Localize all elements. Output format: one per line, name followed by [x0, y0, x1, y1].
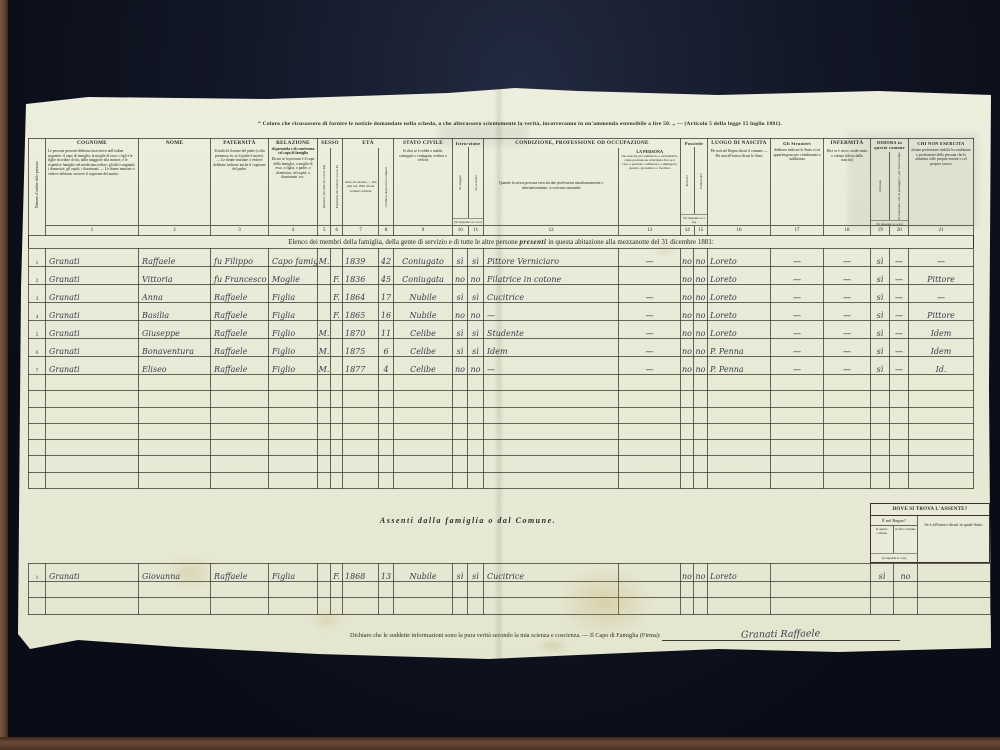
- cell-stato: Celibe: [394, 357, 453, 375]
- cell-chi: —: [909, 249, 974, 267]
- cell-anni: 45: [379, 267, 394, 285]
- header-eta: ETÀ Anno di nascita — Pei nati nel 1881 …: [343, 139, 394, 236]
- cell-cond: Idem: [484, 339, 619, 357]
- empty-cell: [46, 375, 139, 391]
- cell-leg: sì: [453, 564, 468, 582]
- cell-paternita: fu Filippo: [211, 249, 269, 267]
- empty-cell: [909, 423, 974, 439]
- empty-cell: [379, 582, 394, 598]
- empty-cell: [708, 375, 771, 391]
- header-paternita: PATERNITÀ Si indichi il nome del padre (…: [211, 139, 269, 236]
- cell-anno: 1865: [343, 303, 379, 321]
- empty-cell: [890, 423, 909, 439]
- empty-cell: [771, 423, 824, 439]
- empty-cell: [871, 598, 894, 614]
- cell-leg: sì: [453, 339, 468, 357]
- cell-luogo: Loreto: [708, 564, 771, 582]
- cell-cond: Cucitrice: [484, 285, 619, 303]
- cell-sm: [318, 285, 331, 303]
- empty-cell: [918, 598, 991, 614]
- cell-scr: sì: [468, 285, 484, 303]
- empty-cell: [29, 456, 46, 472]
- terreni-label: Terreni?: [681, 147, 694, 214]
- empty-cell: [394, 598, 453, 614]
- cell-fab: no: [694, 303, 708, 321]
- table-row: 2GranatiVittoriafu FrancescoMoglie F.183…: [29, 267, 974, 285]
- cell-scr: sì: [468, 564, 484, 582]
- cell-sm: [318, 267, 331, 285]
- cell-paternita: fu Francesco: [211, 267, 269, 285]
- cell-cognome: Granati: [46, 321, 139, 339]
- empty-cell: [453, 472, 468, 488]
- cell-relazione: Figlio: [269, 339, 318, 357]
- cell-scr: sì: [468, 321, 484, 339]
- empty-cell: [139, 598, 211, 614]
- cell-sf: [331, 339, 343, 357]
- cell-anno: 1877: [343, 357, 379, 375]
- cell-stato: Nubile: [394, 285, 453, 303]
- cell-stran: —: [771, 249, 824, 267]
- empty-cell: [871, 472, 890, 488]
- empty-cell: [694, 375, 708, 391]
- cell-sm: M.: [318, 249, 331, 267]
- empty-cell: [318, 582, 331, 598]
- cell-occ: —: [890, 249, 909, 267]
- empty-cell: [619, 423, 681, 439]
- empty-cell: [394, 391, 453, 407]
- empty-cell: [343, 456, 379, 472]
- empty-cell: [909, 456, 974, 472]
- table-row: 7GranatiEliseoRaffaeleFiglioM. 18774Celi…: [29, 357, 974, 375]
- cell-luogo: Loreto: [708, 249, 771, 267]
- cell-chi: Idem: [909, 339, 974, 357]
- empty-cell: [343, 598, 379, 614]
- cell-leg: sì: [453, 249, 468, 267]
- cell-abit: sì: [871, 249, 890, 267]
- empty-cell: [694, 472, 708, 488]
- condizione-title: CONDIZIONE, PROFESSIONE OD OCCUPAZIONE: [484, 139, 680, 148]
- empty-cell: [708, 598, 771, 614]
- cell-stato: Nubile: [394, 303, 453, 321]
- cell-scr: no: [468, 357, 484, 375]
- eta-anni-desc: Numero degli anni compiuti: [378, 148, 393, 225]
- empty-cell: [211, 582, 269, 598]
- absent-box-regno-section: È nel Regno? in questo comune in altro c…: [871, 516, 918, 562]
- empty-cell: [46, 407, 139, 423]
- empty-cell: [343, 375, 379, 391]
- cell-num: 5: [29, 321, 46, 339]
- relazione-subtitle: di parentela e di convivenza col capo di…: [269, 148, 317, 156]
- cell-scr: no: [468, 303, 484, 321]
- cell-occ: —: [890, 357, 909, 375]
- cell-cond: —: [484, 357, 619, 375]
- stranieri-title: Gli Stranieri: [771, 139, 823, 147]
- cell-stato: Celibe: [394, 339, 453, 357]
- nome-title: NOME: [139, 139, 210, 148]
- cell-paternita: Raffaele: [211, 339, 269, 357]
- col-num-8: 8: [378, 226, 393, 235]
- cell-nome: Eliseo: [139, 357, 211, 375]
- cell-ter: no: [681, 303, 694, 321]
- empty-cell: [890, 375, 909, 391]
- empty-cell: [694, 423, 708, 439]
- empty-cell: [824, 391, 871, 407]
- empty-cell: [824, 407, 871, 423]
- col-num-19: 19: [871, 226, 889, 235]
- cell-sm: M.: [318, 357, 331, 375]
- col-num-14: 14: [681, 226, 694, 235]
- header-chi-non-esercita: CHI NON ESERCITA alcuna professione indi…: [909, 139, 974, 236]
- header-relazione: RELAZIONE di parentela e di convivenza c…: [269, 139, 318, 236]
- cell-luogo: Loreto: [708, 267, 771, 285]
- empty-cell: [453, 598, 468, 614]
- stato-desc: Si dica se è celibe o nubile, coniugato …: [394, 148, 452, 225]
- estero-label: Se è all'estero dicasi in quale Stato: [918, 516, 989, 562]
- empty-cell: [379, 472, 394, 488]
- eta-anno-desc: Anno di nascita — Pei nati nel 1881 dica…: [343, 148, 378, 225]
- cell-num: 6: [29, 339, 46, 357]
- altro-comune-label: in altro comune: [894, 526, 917, 553]
- empty-cell: [824, 375, 871, 391]
- empty-cell: [468, 391, 484, 407]
- empty-cell: [343, 472, 379, 488]
- cell-anni: 17: [379, 285, 394, 303]
- cell-occ: —: [890, 267, 909, 285]
- cell-relazione: Figlio: [269, 357, 318, 375]
- empty-cell: [894, 598, 918, 614]
- col-num-4: 4: [269, 226, 317, 235]
- empty-cell: [871, 582, 894, 598]
- cell-paternita: Raffaele: [211, 564, 269, 582]
- cell-num: 3: [29, 285, 46, 303]
- header-dimora: DIMORA in questo comune Abituale Occasio…: [871, 139, 909, 236]
- empty-cell: [894, 582, 918, 598]
- empty-cell: [331, 472, 343, 488]
- empty-cell: [379, 598, 394, 614]
- empty-cell: [619, 440, 681, 456]
- empty-cell: [211, 440, 269, 456]
- empty-cell: [619, 375, 681, 391]
- cell-num: 7: [29, 357, 46, 375]
- cell-nome: Raffaele: [139, 249, 211, 267]
- empty-cell: [29, 375, 46, 391]
- empty-cell: [394, 423, 453, 439]
- empty-cell: [694, 598, 708, 614]
- cell-inf: —: [824, 285, 871, 303]
- cell-q_questo: sì: [871, 564, 894, 582]
- empty-row: [29, 472, 974, 488]
- empty-cell: [343, 391, 379, 407]
- cognome-title: COGNOME: [46, 139, 138, 148]
- empty-cell: [708, 456, 771, 472]
- cell-inf: —: [824, 357, 871, 375]
- empty-cell: [29, 582, 46, 598]
- istruzione-title: Istru-zione: [453, 139, 483, 147]
- empty-cell: [890, 440, 909, 456]
- empty-row: [29, 456, 974, 472]
- empty-cell: [681, 472, 694, 488]
- empty-cell: [269, 407, 318, 423]
- cell-stran: —: [771, 321, 824, 339]
- empty-cell: [468, 440, 484, 456]
- cell-sf: F.: [331, 267, 343, 285]
- empty-cell: [681, 375, 694, 391]
- empty-cell: [468, 582, 484, 598]
- head-of-family-signature: Granati Raffaele: [741, 628, 820, 640]
- cell-luogo: Loreto: [708, 321, 771, 339]
- empty-cell: [871, 375, 890, 391]
- empty-cell: [468, 407, 484, 423]
- cell-cond: Pittore Verniciaro: [484, 249, 619, 267]
- cell-cognome: Granati: [46, 564, 139, 582]
- list-title-pre: Elenco dei membri della famiglia, della …: [288, 238, 519, 246]
- table-row: 1GranatiRaffaelefu FilippoCapo famigliaM…: [29, 249, 974, 267]
- cell-luogo: P. Penna: [708, 339, 771, 357]
- col-num-3: 3: [211, 226, 268, 235]
- cell-paternita: Raffaele: [211, 285, 269, 303]
- stranieri-desc: debbono indicare lo Stato a cui apparten…: [771, 147, 823, 225]
- empty-cell: [379, 407, 394, 423]
- empty-cell: [694, 391, 708, 407]
- cell-ter: no: [681, 357, 694, 375]
- empty-cell: [771, 582, 871, 598]
- empty-cell: [269, 456, 318, 472]
- empty-cell: [890, 472, 909, 488]
- paper-stain: [166, 556, 214, 590]
- questo-comune-label: in questo comune: [871, 526, 894, 553]
- cell-nome: Basilia: [139, 303, 211, 321]
- empty-cell: [681, 582, 694, 598]
- empty-cell: [484, 472, 619, 488]
- empty-cell: [29, 440, 46, 456]
- condizione-desc: Quando la stessa persona esercita due pr…: [484, 148, 618, 225]
- cell-cognome: Granati: [46, 357, 139, 375]
- empty-cell: [708, 391, 771, 407]
- sa-scrivere-label: Sa scrivere: [468, 147, 484, 218]
- empty-cell: [211, 598, 269, 614]
- cell-fab: no: [694, 357, 708, 375]
- cell-paternita: Raffaele: [211, 303, 269, 321]
- empty-cell: [824, 423, 871, 439]
- empty-cell: [890, 391, 909, 407]
- empty-cell: [211, 391, 269, 407]
- empty-cell: [771, 391, 824, 407]
- stato-title: STATO CIVILE: [394, 139, 452, 148]
- empty-cell: [46, 472, 139, 488]
- penalty-note: “ Coloro che ricusassero di fornire le n…: [88, 121, 952, 127]
- cell-relazione: Figlia: [269, 285, 318, 303]
- cell-abit: sì: [871, 339, 890, 357]
- empty-cell: [139, 456, 211, 472]
- cell-tail: [771, 564, 871, 582]
- cell-num: 4: [29, 303, 46, 321]
- cell-pers: —: [619, 285, 681, 303]
- empty-cell: [331, 391, 343, 407]
- cell-sf: [331, 357, 343, 375]
- empty-cell: [871, 391, 890, 407]
- empty-cell: [771, 598, 871, 614]
- cell-ter: no: [681, 285, 694, 303]
- empty-cell: [211, 375, 269, 391]
- empty-cell: [619, 391, 681, 407]
- cell-sf: F.: [331, 303, 343, 321]
- paper-stain: [654, 244, 676, 257]
- empty-cell: [453, 407, 468, 423]
- cell-pers: —: [619, 357, 681, 375]
- empty-cell: [379, 440, 394, 456]
- cell-sm: [318, 303, 331, 321]
- empty-cell: [46, 598, 139, 614]
- empty-cell: [619, 472, 681, 488]
- empty-row: [29, 391, 974, 407]
- absent-section-title: Assenti dalla famiglia o dal Comune.: [258, 516, 678, 525]
- col-num-7: 7: [343, 226, 378, 235]
- empty-cell: [318, 423, 331, 439]
- relazione-desc: Dicasi se la persona è il capo della fam…: [269, 156, 317, 225]
- empty-cell: [139, 440, 211, 456]
- cell-fab: no: [694, 249, 708, 267]
- col-num-11: 11: [468, 226, 484, 235]
- empty-cell: [46, 440, 139, 456]
- empty-cell: [871, 456, 890, 472]
- col-num-10: 10: [453, 226, 468, 235]
- empty-cell: [394, 407, 453, 423]
- empty-cell: [468, 456, 484, 472]
- empty-cell: [484, 440, 619, 456]
- cell-inf: —: [824, 303, 871, 321]
- empty-cell: [211, 472, 269, 488]
- empty-cell: [394, 472, 453, 488]
- empty-cell: [468, 375, 484, 391]
- cell-stran: —: [771, 339, 824, 357]
- empty-cell: [269, 375, 318, 391]
- empty-cell: [318, 440, 331, 456]
- empty-cell: [824, 440, 871, 456]
- empty-cell: [29, 391, 46, 407]
- luogo-desc: Pei nati nel Regno dicasi il comune — Pe…: [708, 148, 770, 225]
- empty-cell: [708, 407, 771, 423]
- empty-cell: [453, 423, 468, 439]
- cell-chi: Pittore: [909, 303, 974, 321]
- cell-ter: no: [681, 249, 694, 267]
- empty-cell: [468, 598, 484, 614]
- empty-cell: [871, 423, 890, 439]
- cell-abit: sì: [871, 321, 890, 339]
- cell-sf: F.: [331, 564, 343, 582]
- cell-num: 2: [29, 267, 46, 285]
- cell-abit: sì: [871, 267, 890, 285]
- col-num-5: 5: [318, 226, 330, 235]
- empty-row: [29, 423, 974, 439]
- sesso-femmina: Femmina (Si indichi con un F): [330, 148, 342, 225]
- cell-occ: —: [890, 285, 909, 303]
- empty-cell: [29, 407, 46, 423]
- signature-line: Granati Raffaele: [662, 629, 900, 641]
- empty-cell: [824, 456, 871, 472]
- empty-cell: [46, 391, 139, 407]
- cell-relazione: Figlia: [269, 303, 318, 321]
- cell-leg: no: [453, 357, 468, 375]
- cell-pers: [619, 267, 681, 285]
- cell-relazione: Figlio: [269, 321, 318, 339]
- cell-stran: —: [771, 267, 824, 285]
- empty-row: [29, 598, 991, 614]
- cell-fab: no: [694, 339, 708, 357]
- cell-ter: no: [681, 339, 694, 357]
- istruzione-note: (Si risponde: sì, o no): [453, 218, 483, 225]
- cell-inf: —: [824, 321, 871, 339]
- empty-cell: [681, 440, 694, 456]
- empty-cell: [379, 375, 394, 391]
- header-numero-ordine: Numero d'ordine delle persone: [29, 139, 46, 236]
- cell-relazione: Capo famiglia: [269, 249, 318, 267]
- col-num-16: 16: [708, 226, 770, 235]
- empty-cell: [331, 456, 343, 472]
- cell-q_estero: [918, 564, 991, 582]
- empty-cell: [318, 456, 331, 472]
- empty-cell: [379, 456, 394, 472]
- empty-cell: [694, 456, 708, 472]
- empty-cell: [46, 582, 139, 598]
- header-luogo-nascita: LUOGO DI NASCITA Pei nati nel Regno dica…: [708, 139, 771, 236]
- empty-cell: [331, 582, 343, 598]
- empty-cell: [343, 423, 379, 439]
- empty-cell: [331, 423, 343, 439]
- col-num-15: 15: [694, 226, 708, 235]
- empty-cell: [318, 391, 331, 407]
- empty-cell: [269, 440, 318, 456]
- cell-inf: —: [824, 267, 871, 285]
- cell-anno: 1868: [343, 564, 379, 582]
- empty-cell: [694, 407, 708, 423]
- cell-abit: sì: [871, 357, 890, 375]
- header-infermita: INFERMITÀ Dire se è cieco, sordo-muto o …: [824, 139, 871, 236]
- cell-sm: M.: [318, 321, 331, 339]
- cognome-desc: Le persone presenti debbono inscriversi …: [46, 148, 138, 225]
- empty-cell: [318, 375, 331, 391]
- empty-cell: [619, 456, 681, 472]
- header-istruzione: Istru-zione Sa leggere Sa scrivere (Si r…: [453, 139, 484, 236]
- empty-cell: [484, 423, 619, 439]
- cell-cognome: Granati: [46, 339, 139, 357]
- header-stato-civile: STATO CIVILE Si dica se è celibe o nubil…: [394, 139, 453, 236]
- empty-cell: [484, 391, 619, 407]
- cell-occ: —: [890, 321, 909, 339]
- cell-nome: Anna: [139, 285, 211, 303]
- cell-ter: no: [681, 267, 694, 285]
- cell-nome: Vittoria: [139, 267, 211, 285]
- cell-inf: —: [824, 339, 871, 357]
- empty-cell: [694, 582, 708, 598]
- nome-desc: [139, 148, 210, 225]
- empty-cell: [918, 582, 991, 598]
- sheet-content: “ Coloro che ricusassero di fornire le n…: [18, 88, 992, 674]
- cell-pers: —: [619, 339, 681, 357]
- dimora-title: DIMORA in questo comune: [871, 139, 908, 152]
- cell-pers: —: [619, 321, 681, 339]
- col-num-6: 6: [330, 226, 342, 235]
- empty-cell: [681, 598, 694, 614]
- empty-cell: [29, 598, 46, 614]
- cell-num: 1: [29, 564, 46, 582]
- chi-title: CHI NON ESERCITA: [909, 139, 973, 147]
- cell-nome: Giuseppe: [139, 321, 211, 339]
- empty-cell: [343, 407, 379, 423]
- cell-cognome: Granati: [46, 303, 139, 321]
- empty-cell: [379, 391, 394, 407]
- cell-cognome: Granati: [46, 285, 139, 303]
- empty-cell: [29, 423, 46, 439]
